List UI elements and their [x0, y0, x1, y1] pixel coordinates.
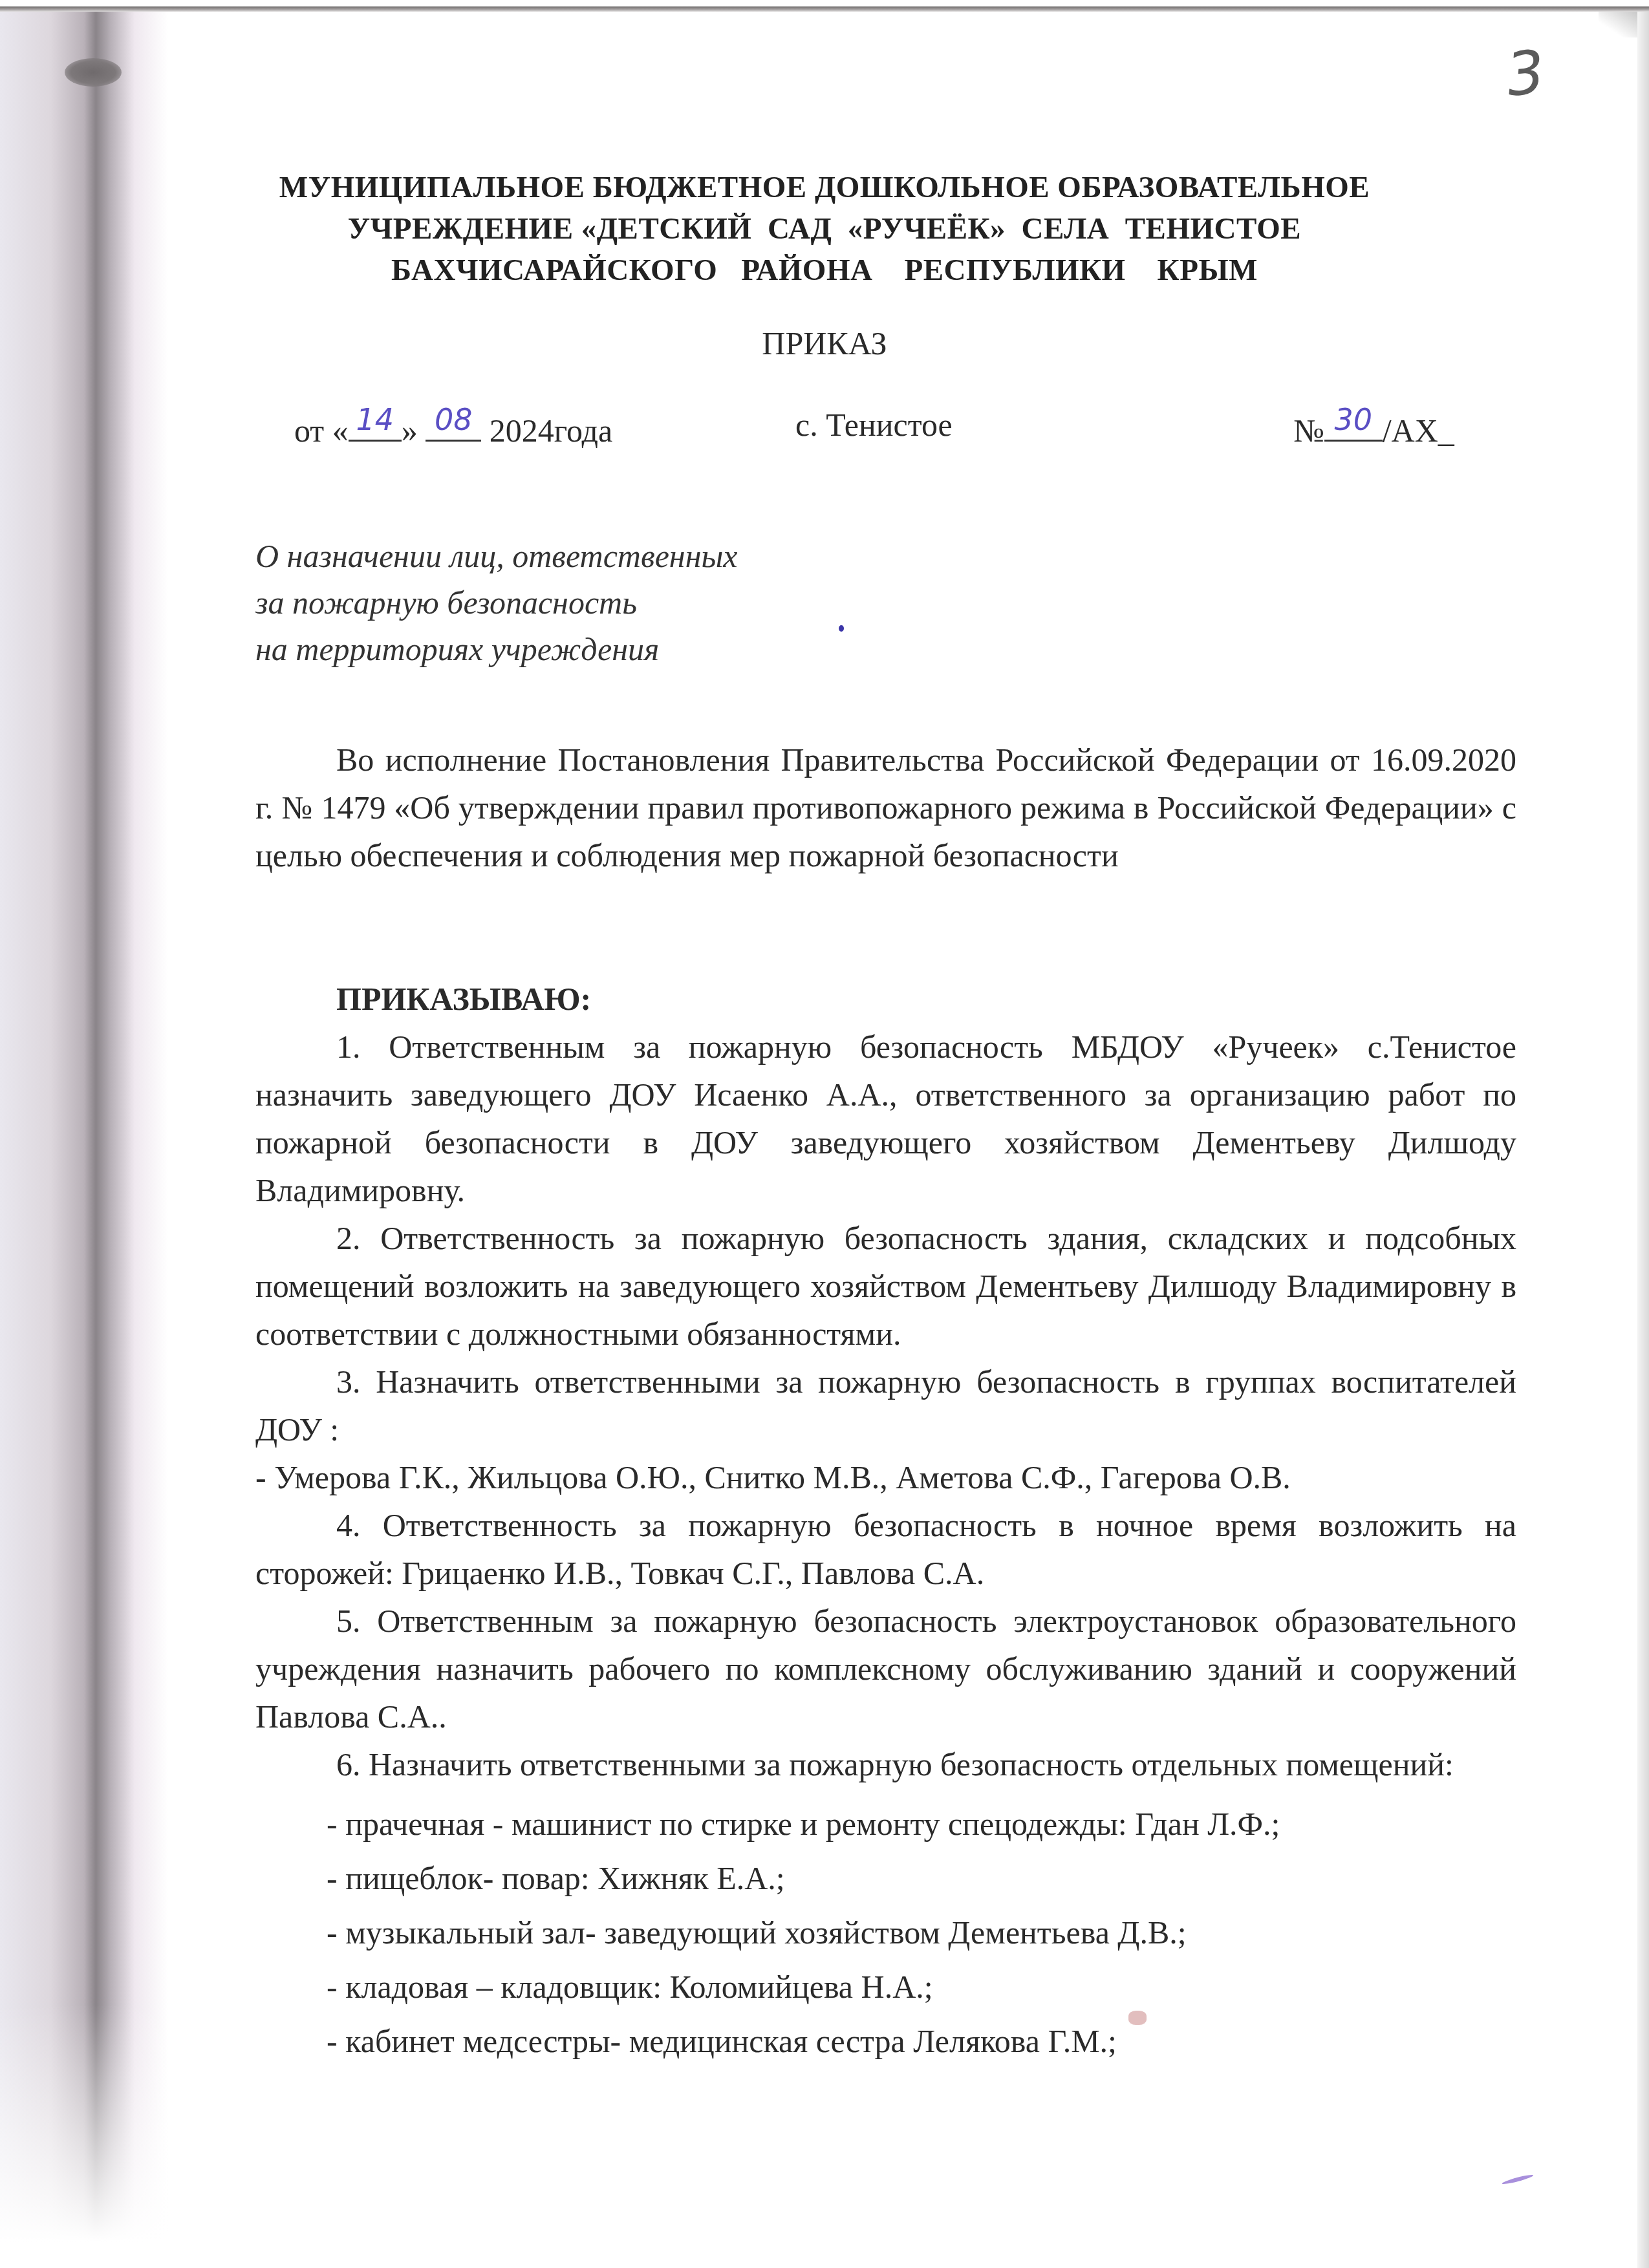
order-block: ПРИКАЗЫВАЮ: 1. Ответственным за пожарную…	[255, 975, 1516, 2065]
day-blank: 14	[349, 406, 402, 442]
date-mid: »	[402, 412, 418, 449]
room-item-laundry: - прачечная - машинист по стирке и ремон…	[255, 1800, 1516, 1848]
subject-line-3: на территориях учреждения	[255, 626, 738, 672]
order-subject: О назначении лиц, ответственных за пожар…	[255, 533, 738, 672]
room-item-nurse-office: - кабинет медсестры- медицинская сестра …	[255, 2017, 1516, 2065]
preamble-paragraph: Во исполнение Постановления Правительств…	[255, 736, 1516, 879]
order-item-1: 1. Ответственным за пожарную безопасност…	[255, 1023, 1516, 1214]
order-item-5: 5. Ответственным за пожарную безопасност…	[255, 1597, 1516, 1740]
number-blank: 30	[1324, 406, 1383, 442]
order-item-4: 4. Ответственность за пожарную безопасно…	[255, 1501, 1516, 1597]
order-item-3: 3. Назначить ответственными за пожарную …	[255, 1358, 1516, 1453]
handwritten-month: 08	[426, 402, 481, 437]
org-line-1: МУНИЦИПАЛЬНОЕ БЮДЖЕТНОЕ ДОШКОЛЬНОЕ ОБРАЗ…	[0, 167, 1649, 208]
room-item-storeroom: - кладовая – кладовщик: Коломийцева Н.А.…	[255, 1963, 1516, 2011]
number-suffix: /АХ_	[1383, 412, 1454, 449]
ink-stain	[1128, 2011, 1147, 2025]
number-sign: №	[1293, 412, 1324, 449]
page-number: 3	[1503, 37, 1548, 110]
binding-shadow-fade	[0, 2004, 168, 2268]
subject-line-2: за пожарную безопасность	[255, 579, 738, 626]
order-number: №30/АХ_	[1293, 406, 1454, 449]
handwritten-day: 14	[349, 402, 402, 437]
handwritten-number: 30	[1324, 402, 1383, 437]
ink-dot	[839, 625, 844, 632]
order-item-3-list: - Умерова Г.К., Жильцова О.Ю., Снитко М.…	[255, 1453, 1516, 1501]
order-item-2: 2. Ответственность за пожарную безопасно…	[255, 1214, 1516, 1358]
org-line-2: УЧРЕЖДЕНИЕ «ДЕТСКИЙ САД «РУЧЕЁК» СЕЛА ТЕ…	[0, 208, 1649, 250]
corner-fold	[1599, 12, 1637, 37]
subject-line-1: О назначении лиц, ответственных	[255, 533, 738, 579]
scan-top-edge	[0, 6, 1649, 12]
year-text: 2024года	[481, 412, 612, 449]
order-word: ПРИКАЗЫВАЮ:	[255, 975, 1516, 1023]
organization-header: МУНИЦИПАЛЬНОЕ БЮДЖЕТНОЕ ДОШКОЛЬНОЕ ОБРАЗ…	[0, 167, 1649, 291]
order-place: с. Тенистое	[795, 406, 953, 444]
order-date: от «14» 08 2024года	[294, 406, 612, 449]
date-prefix: от «	[294, 412, 349, 449]
org-line-3: БАХЧИСАРАЙСКОГО РАЙОНА РЕСПУБЛИКИ КРЫМ	[0, 250, 1649, 291]
month-blank: 08	[426, 406, 481, 442]
order-item-6: 6. Назначить ответственными за пожарную …	[255, 1740, 1516, 1788]
document-type-title: ПРИКАЗ	[0, 325, 1649, 362]
pen-mark	[1502, 2174, 1534, 2186]
punch-hole	[65, 58, 122, 87]
preamble-block: Во исполнение Постановления Правительств…	[255, 736, 1516, 879]
room-item-kitchen: - пищеблок- повар: Хижняк Е.А.;	[255, 1854, 1516, 1902]
room-item-music-hall: - музыкальный зал- заведующий хозяйством…	[255, 1909, 1516, 1956]
